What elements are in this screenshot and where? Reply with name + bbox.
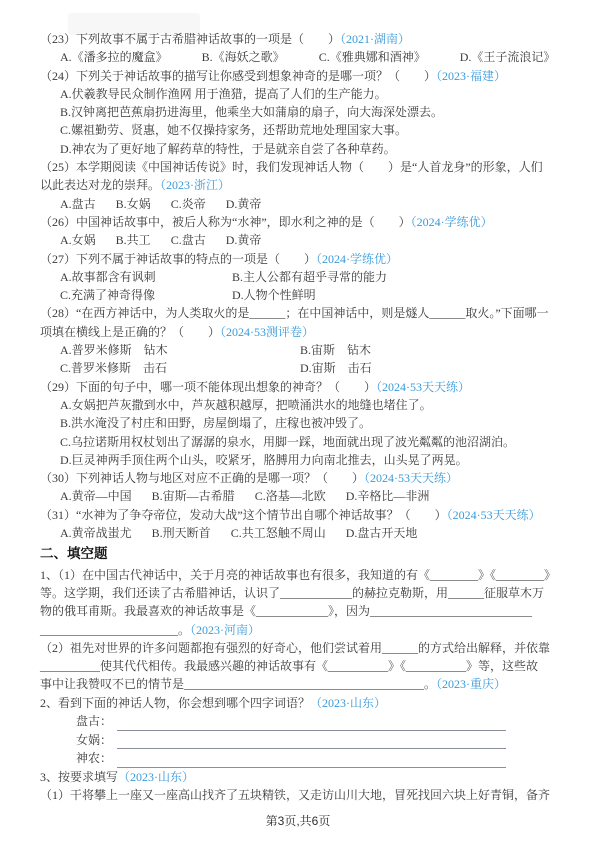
stem-text: 以此表达对龙的崇拜。: [40, 178, 160, 192]
option-c: C.充满了神奇得像: [60, 286, 212, 304]
q24-option-c: C.嫘祖勤劳、贤惠，她不仅操持家务，还帮助荒地处理国家大事。: [40, 121, 570, 139]
source-tag: （2024·53天天练）: [447, 508, 541, 522]
fill2-stem: 2、看到下面的神话人物，你会想到哪个四字词语？（2023·山东）: [40, 694, 570, 712]
option-b: B.汉钟离把芭蕉扇扔进海里，他乘坐大如蒲扇的扇子，向大海深处漂去。: [60, 105, 443, 119]
option-a: A.盘古: [60, 195, 96, 213]
option-d: D.辛格比—非洲: [346, 487, 430, 505]
source-tag: （2024·53天天练）: [364, 471, 458, 485]
option-b: B.宙斯—古希腊: [152, 487, 235, 505]
fill1-2-line1: （2）祖先对世界的许多问题都抱有强烈的好奇心，他们尝试着用______的方式给出…: [40, 639, 570, 657]
option-d: D.人物个性鲜明: [232, 286, 316, 304]
option-b: B.刑天断首: [152, 524, 211, 542]
q29-option-a: A.女娲把芦灰撒到水中，芦灰越积越厚，把喷涌洪水的地缝也堵住了。: [40, 396, 570, 414]
stem-text: 3、按要求填写: [40, 770, 118, 784]
q25-stem: （25）本学期阅读《中国神话传说》时，我们发现神话人物（ ）是“人首龙身”的形象…: [40, 158, 570, 176]
stem-text: （26）中国神话故事中，被后人称为“水神”，即水利之神的是（ ）: [40, 215, 411, 229]
option-a: A.黄帝—中国: [60, 487, 132, 505]
fill-text: 等。这学期，我们还读了古希腊神话，认识了____________的赫拉克勒斯，用…: [40, 586, 544, 600]
fill-text: 物的俄耳甫斯。我最喜欢的神话故事是《____________》，因为______…: [40, 604, 532, 618]
answer-blank-line: [117, 735, 506, 749]
q27-options-row1: A.故事都含有讽刺 B.主人公都有超乎寻常的能力: [40, 268, 570, 286]
source-tag: （2024·学练优）: [316, 252, 398, 266]
q28-stem-cont: 项填在横线上是正确的？（ ）（2024·53测评卷）: [40, 323, 570, 341]
source-tag: （2024·53天天练）: [376, 380, 470, 394]
blank-label: 神农：: [76, 749, 112, 767]
option-d: D.《王子流浪记》: [460, 48, 556, 66]
section-heading: 二、填空题: [40, 545, 570, 563]
stem-text: （29）下面的句子中，哪一项不能体现出想象的神奇？（ ）: [40, 380, 376, 394]
option-c: C.共工怒触不周山: [231, 524, 326, 542]
fill1-2-line3: 事中让我赞叹不已的情节是____________________________…: [40, 675, 570, 693]
option-b: B.《海妖之歌》: [202, 48, 285, 66]
source-tag: （2023·重庆）: [436, 677, 506, 691]
stem-text: （25）本学期阅读《中国神话传说》时，我们发现神话人物（ ）是“人首龙身”的形象…: [40, 160, 543, 174]
document-page: （23）下列故事不属于古希腊神话故事的一项是（ ）（2021·湖南） A.《潘多…: [0, 0, 596, 842]
source-tag: （2024·53测评卷）: [220, 325, 314, 339]
fill-text: 事中让我赞叹不已的情节是____________________________…: [40, 677, 436, 691]
source-tag: （2023·福建）: [436, 69, 506, 83]
fill1-1-line2: 等。这学期，我们还读了古希腊神话，认识了____________的赫拉克勒斯，用…: [40, 584, 570, 602]
fill-text: （1）干将攀上一座又一座高山找齐了五块精铁，又走访山川大地，冒死找回六块上好青铜…: [40, 788, 550, 802]
stem-text: （24）下列关于神话故事的描写让你感受到想象神奇的是哪一项？（ ）: [40, 69, 436, 83]
fill3-line1: （1）干将攀上一座又一座高山找齐了五块精铁，又走访山川大地，冒死找回六块上好青铜…: [40, 786, 570, 804]
option-b: B.共工: [116, 231, 151, 249]
option-a: A.《潘多拉的魔盒》: [60, 48, 168, 66]
option-c: C.普罗米修斯 击石: [60, 359, 280, 377]
q30-options: A.黄帝—中国 B.宙斯—古希腊 C.洛基—北欧 D.辛格比—非洲: [40, 487, 570, 505]
q23-options: A.《潘多拉的魔盒》 B.《海妖之歌》 C.《雅典娜和酒神》 D.《王子流浪记》: [40, 48, 570, 66]
fill1-1-line4: _______________________。（2023·河南）: [40, 621, 570, 639]
q29-option-d: D.巨灵神两手顶住两个山头，咬紧牙，胳膊用力向南北推去，山头晃了两晃。: [40, 451, 570, 469]
stem-text: （28）“在西方神话中，为人类取火的是______；在中国神话中，则是燧人___…: [40, 306, 549, 320]
option-d: D.黄帝: [226, 231, 262, 249]
fill-text: _______________________。: [40, 623, 190, 637]
option-a: A.女娲: [60, 231, 96, 249]
fill-text: __________使其代代相传。我最感兴趣的神话故事有《__________》…: [40, 659, 538, 673]
stem-text: （23）下列故事不属于古希腊神话故事的一项是（ ）: [40, 32, 340, 46]
option-a: A.女娲把芦灰撒到水中，芦灰越积越厚，把喷涌洪水的地缝也堵住了。: [60, 398, 432, 412]
stem-text: （30）下列神话人物与地区对应不正确的是哪一项？（ ）: [40, 471, 364, 485]
q28-stem: （28）“在西方神话中，为人类取火的是______；在中国神话中，则是燧人___…: [40, 304, 570, 322]
answer-blank-line: [117, 717, 506, 731]
option-c: C.嫘祖勤劳、贤惠，她不仅操持家务，还帮助荒地处理国家大事。: [60, 123, 407, 137]
option-d: D.神农为了更好地了解药草的特性，于是就亲自尝了各种草药。: [60, 142, 396, 156]
q27-options-row2: C.充满了神奇得像 D.人物个性鲜明: [40, 286, 570, 304]
option-c: C.盘古: [171, 231, 206, 249]
q29-option-c: C.乌拉诺斯用权杖划出了潺潺的泉水，用脚一踩，地面就出现了波光粼粼的池沼湖泊。: [40, 433, 570, 451]
option-a: A.伏羲教导民众制作渔网 用于渔猎，提高了人们的生产能力。: [60, 87, 387, 101]
option-d: D.巨灵神两手顶住两个山头，咬紧牙，胳膊用力向南北推去，山头晃了两晃。: [60, 453, 468, 467]
option-b: B.主人公都有超乎寻常的能力: [232, 268, 387, 286]
q25-options: A.盘古 B.女娲 C.炎帝 D.黄帝: [40, 195, 570, 213]
q28-options-row1: A.普罗米修斯 钻木 B.宙斯 钻木: [40, 341, 570, 359]
q27-stem: （27）下列不属于神话故事的特点的一项是（ ）（2024·学练优）: [40, 250, 570, 268]
option-a: A.黄帝战蚩尤: [60, 524, 132, 542]
fill2-row-pangu: 盘古：: [40, 712, 570, 731]
source-tag: （2023·浙江）: [160, 178, 230, 192]
option-b: B.洪水淹没了村庄和田野，房屋倒塌了，庄稼也被冲毁了。: [60, 416, 371, 430]
stem-text: 2、看到下面的神话人物，你会想到哪个四字词语？: [40, 696, 310, 710]
fill1-1-line3: 物的俄耳甫斯。我最喜欢的神话故事是《____________》，因为______…: [40, 602, 570, 620]
fill3-stem: 3、按要求填写（2023·山东）: [40, 768, 570, 786]
source-tag: （2024·学练优）: [411, 215, 493, 229]
fill2-row-shennong: 神农：: [40, 749, 570, 768]
q31-stem: （31）“水神为了争夺帝位，发动大战”这个情节出自哪个神话故事？（ ）（2024…: [40, 506, 570, 524]
q23-stem: （23）下列故事不属于古希腊神话故事的一项是（ ）（2021·湖南）: [40, 30, 570, 48]
q30-stem: （30）下列神话人物与地区对应不正确的是哪一项？（ ）（2024·53天天练）: [40, 469, 570, 487]
q24-option-d: D.神农为了更好地了解药草的特性，于是就亲自尝了各种草药。: [40, 140, 570, 158]
q24-stem: （24）下列关于神话故事的描写让你感受到想象神奇的是哪一项？（ ）（2023·福…: [40, 67, 570, 85]
option-a: A.普罗米修斯 钻木: [60, 341, 280, 359]
fill-text: 1、（1）在中国古代神话中，关于月亮的神话故事也有很多，我知道的有《______…: [40, 568, 556, 582]
q26-options: A.女娲 B.共工 C.盘古 D.黄帝: [40, 231, 570, 249]
page-number: 第3页,共6页: [0, 812, 596, 829]
option-d: D.黄帝: [226, 195, 262, 213]
option-c: C.炎帝: [171, 195, 206, 213]
stem-text: 项填在横线上是正确的？（ ）: [40, 325, 220, 339]
stem-text: （27）下列不属于神话故事的特点的一项是（ ）: [40, 252, 316, 266]
stem-text: （31）“水神为了争夺帝位，发动大战”这个情节出自哪个神话故事？（ ）: [40, 508, 447, 522]
q24-option-a: A.伏羲教导民众制作渔网 用于渔猎，提高了人们的生产能力。: [40, 85, 570, 103]
option-c: C.《雅典娜和酒神》: [319, 48, 426, 66]
option-d: D.宙斯 击石: [300, 359, 372, 377]
source-tag: （2023·山东）: [310, 696, 386, 710]
fill-text: （2）祖先对世界的许多问题都抱有强烈的好奇心，他们尝试着用______的方式给出…: [40, 641, 550, 655]
source-tag: （2023·河南）: [190, 623, 260, 637]
source-tag: （2023·山东）: [118, 770, 194, 784]
option-a: A.故事都含有讽刺: [60, 268, 212, 286]
fill1-1-line1: 1、（1）在中国古代神话中，关于月亮的神话故事也有很多，我知道的有《______…: [40, 566, 570, 584]
fill1-2-line2: __________使其代代相传。我最感兴趣的神话故事有《__________》…: [40, 657, 570, 675]
blank-label: 盘古：: [76, 712, 112, 730]
q31-options: A.黄帝战蚩尤 B.刑天断首 C.共工怒触不周山 D.盘古开天地: [40, 524, 570, 542]
q28-options-row2: C.普罗米修斯 击石 D.宙斯 击石: [40, 359, 570, 377]
option-c: C.乌拉诺斯用权杖划出了潺潺的泉水，用脚一踩，地面就出现了波光粼粼的池沼湖泊。: [60, 435, 515, 449]
blank-label: 女娲：: [76, 731, 112, 749]
option-c: C.洛基—北欧: [255, 487, 326, 505]
q29-stem: （29）下面的句子中，哪一项不能体现出想象的神奇？（ ）（2024·53天天练）: [40, 378, 570, 396]
answer-blank-line: [117, 754, 506, 768]
q29-option-b: B.洪水淹没了村庄和田野，房屋倒塌了，庄稼也被冲毁了。: [40, 414, 570, 432]
q24-option-b: B.汉钟离把芭蕉扇扔进海里，他乘坐大如蒲扇的扇子，向大海深处漂去。: [40, 103, 570, 121]
fill2-row-nvwa: 女娲：: [40, 731, 570, 750]
q25-stem-cont: 以此表达对龙的崇拜。（2023·浙江）: [40, 176, 570, 194]
source-tag: （2021·湖南）: [340, 32, 410, 46]
option-b: B.女娲: [116, 195, 151, 213]
option-b: B.宙斯 钻木: [300, 341, 371, 359]
q26-stem: （26）中国神话故事中，被后人称为“水神”，即水利之神的是（ ）（2024·学练…: [40, 213, 570, 231]
option-d: D.盘古开天地: [346, 524, 418, 542]
